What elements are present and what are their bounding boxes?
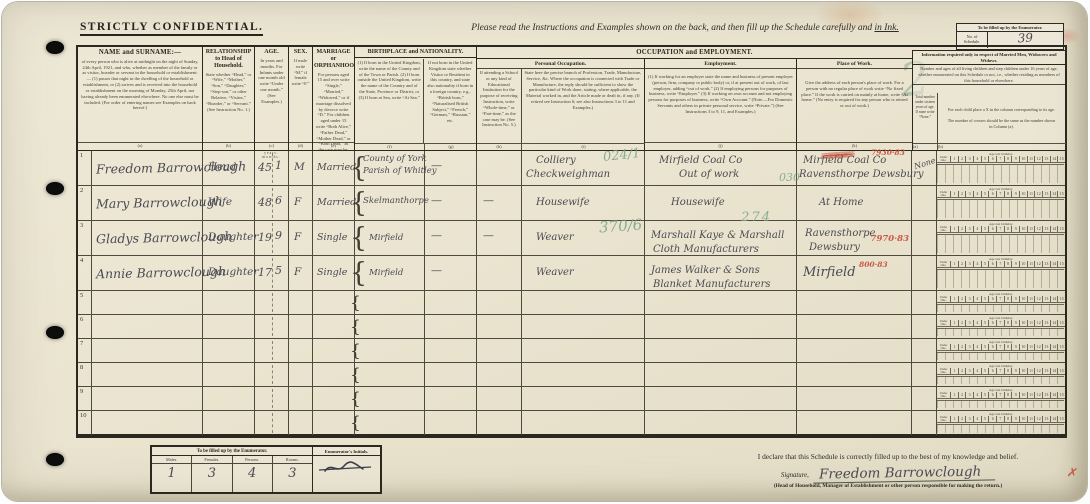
row-number: 3	[78, 221, 92, 255]
employment-title: Employment.	[645, 59, 796, 69]
marriage-entry: Single	[317, 267, 347, 278]
clerk-code-red: 800·83	[859, 260, 888, 269]
persons-value: 4	[233, 464, 272, 492]
age-col-title: AGE.	[255, 47, 288, 57]
sex-col-note: If male write “M.” if female write “F.”	[289, 57, 312, 88]
name-entry: Freedom Barrowclough	[96, 158, 247, 176]
fill-in-ink-instruction: Please read the Instructions and Example…	[470, 23, 900, 33]
sex-entry: F	[294, 196, 301, 208]
declaration: I declare that this Schedule is correctl…	[702, 452, 1074, 489]
place-of-work-entry: Ravensthorpe Dewsbury	[797, 168, 911, 182]
col-header-personal-occupation: Personal Occupation. If attending a Scho…	[477, 59, 645, 150]
row-number: 9	[78, 387, 92, 410]
children-title: Information required only in respect of …	[913, 51, 1065, 65]
age-years-entry: 19	[258, 231, 272, 244]
nationality-entry: —	[431, 264, 442, 277]
marriage-entry: Single	[317, 232, 347, 243]
col-letter: (a)	[913, 143, 938, 150]
place-of-work-entry: At Home	[797, 186, 911, 210]
children-total-note: Total number under sixteen years of age.…	[913, 93, 938, 143]
in-ink-text: in Ink.	[874, 23, 898, 33]
clerk-code-red: 7970·83	[871, 234, 909, 244]
census-table: NAME and SURNAME:— of every person who i…	[76, 45, 1067, 438]
col-header-employment: Employment. (1) If working for an employ…	[645, 59, 797, 150]
col-letter: (g)	[425, 143, 477, 150]
punch-hole	[46, 182, 64, 195]
census-row-5: 5 Age last birthday.Under One.1234567891…	[78, 291, 1065, 315]
row-number: 10	[78, 411, 92, 435]
age-years-entry: 45	[258, 161, 272, 174]
name-entry: Annie Barrowclough	[96, 264, 226, 282]
col-header-marriage: MARRIAGE or ORPHANHOOD. For persons aged…	[313, 47, 355, 150]
sex-entry: F	[294, 231, 301, 243]
clerk-code-green: 030	[779, 171, 800, 184]
punch-hole	[46, 41, 64, 54]
col-letter: (c)	[255, 142, 288, 150]
census-row-10: 10 Age last birthday.Under One.123456789…	[78, 411, 1065, 435]
children-ages-grid: Age last birthday.Under One.123456789101…	[937, 411, 1065, 435]
confidential-heading: STRICTLY CONFIDENTIAL.	[80, 21, 263, 36]
age-months-entry: 5	[275, 264, 282, 277]
marriage-col-title: MARRIAGE or ORPHANHOOD.	[313, 47, 354, 71]
col-letter: (d)	[289, 142, 312, 150]
clerk-code-red: 7930·83	[871, 148, 905, 157]
table-header: NAME and SURNAME:— of every person who i…	[78, 47, 1065, 151]
age-months-entry: 6	[275, 194, 282, 207]
paper-sheet: 2 STRICTLY CONFIDENTIAL. Please read the…	[2, 2, 1087, 501]
row-number: 2	[78, 186, 92, 220]
employment-note: (1) If working for an employer state the…	[645, 73, 796, 142]
place-of-work-entry: Mirfield	[797, 256, 911, 282]
col-letter: (a)	[78, 142, 202, 150]
census-row-7: 7 Age last birthday.Under One.1234567891…	[78, 339, 1065, 363]
children-grid-note-2: The number of crosses should be the same…	[944, 117, 1059, 130]
birthplace-entry: Mirfield	[355, 256, 424, 280]
birthplace-entry: Mirfield	[355, 221, 424, 245]
employment-entry: Housewife	[645, 186, 796, 210]
occupation-entry: Checkweighman	[522, 168, 644, 182]
col-header-name: NAME and SURNAME:— of every person who i…	[78, 47, 203, 150]
enumerator-box-title: To be filled up by the Enumerator.	[152, 447, 312, 456]
enumerator-initials-scribble	[313, 456, 380, 492]
col-header-children: Information required only in respect of …	[912, 50, 1065, 150]
row-number: 4	[78, 256, 92, 290]
employment-entry: Marshall Kaye & Marshall	[645, 221, 796, 243]
birthplace-col-title: BIRTHPLACE and NATIONALITY.	[355, 47, 476, 58]
sex-entry: M	[294, 161, 305, 173]
employment-entry: Blanket Manufacturers	[645, 278, 796, 292]
children-ages-grid: Age last birthday.Under One.123456789101…	[937, 363, 1065, 386]
clerk-code-green: 274	[741, 210, 772, 225]
census-row-1: 1 Freedom Barrowclough Head years. month…	[78, 151, 1065, 186]
clerk-code-green: 370/6	[598, 216, 642, 237]
col-header-relationship: RELATIONSHIP to Head of Household. State…	[203, 47, 255, 150]
occupation-entry: Housewife	[522, 186, 644, 210]
birthplace-entry: Skelmanthorpe	[355, 186, 424, 208]
birthplace-entry: County of York	[355, 151, 424, 166]
children-ages-grid: Age last birthday.Under One.123456789101…	[937, 387, 1065, 410]
col-header-age: AGE. In years and months. For Infants un…	[255, 47, 289, 150]
employment-entry: Out of work	[645, 168, 796, 182]
school-entry: —	[483, 194, 494, 207]
census-row-3: 3 Gladys Barrowclough Daughter 199 F Sin…	[78, 221, 1065, 256]
col-letter: (b)	[203, 142, 254, 150]
row-number: 5	[78, 291, 92, 314]
age-years-entry: 48	[258, 196, 272, 209]
census-row-6: 6 Age last birthday.Under One.1234567891…	[78, 315, 1065, 339]
school-entry: —	[483, 229, 494, 242]
punch-hole	[46, 453, 64, 466]
col-header-place-of-work: Place of Work. Give the address of each …	[797, 59, 912, 150]
employment-entry: James Walker & Sons	[645, 256, 796, 278]
name-entry: Mary Barrowclough	[96, 194, 223, 212]
col-header-occupation-employment: OCCUPATION and EMPLOYMENT. Personal Occu…	[477, 47, 912, 150]
rooms-value: 3	[273, 464, 312, 492]
relationship-col-note: State whether “Head,” or “Wife,” “Mother…	[203, 71, 254, 114]
census-row-9: 9 Age last birthday.Under One.1234567891…	[78, 387, 1065, 411]
persons-header: Persons.	[233, 456, 272, 464]
children-ages-grid: Age last birthday.Under One.123456789101…	[937, 315, 1065, 338]
declaration-subtext: (Head of Household, Manager of Establish…	[702, 483, 1074, 489]
nationality-entry: —	[431, 229, 442, 242]
place-of-work-title: Place of Work.	[797, 59, 912, 69]
row-number: 1	[78, 151, 92, 185]
rooms-header: Rooms.	[273, 456, 312, 464]
children-ages-grid: Age last birthday.Under One.123456789101…	[937, 339, 1065, 362]
census-row-4: 4 Annie Barrowclough Daughter 175 F Sing…	[78, 256, 1065, 291]
relationship-col-title: RELATIONSHIP to Head of Household.	[203, 47, 254, 71]
census-row-8: 8 Age last birthday.Under One.1234567891…	[78, 363, 1065, 387]
col-letter: (h)	[477, 143, 522, 150]
children-ages-grid: Age last birthday.Under One.123456789101…	[937, 186, 1065, 220]
males-value: 1	[152, 464, 191, 492]
males-header: Males.	[152, 456, 191, 464]
col-header-birthplace: BIRTHPLACE and NATIONALITY. (1) If born …	[355, 47, 477, 150]
age-years-entry: 17	[258, 266, 272, 279]
sex-entry: F	[294, 266, 301, 278]
females-value: 3	[192, 464, 231, 492]
age-col-note: In years and months. For Infants under o…	[255, 57, 288, 106]
marriage-col-note: For persons aged 15 and over write “Sing…	[313, 71, 354, 150]
signature-value: Freedom Barrowclough	[813, 463, 996, 483]
females-header: Females.	[192, 456, 231, 464]
row-number: 8	[78, 363, 92, 386]
employment-entry: Cloth Manufacturers	[645, 243, 796, 257]
birthplace-entry: Parish of Whitley	[355, 166, 424, 178]
punch-hole	[46, 326, 64, 339]
census-row-2: 2 Mary Barrowclough Wife 486 F Married S…	[78, 186, 1065, 221]
occupation-employment-title: OCCUPATION and EMPLOYMENT.	[477, 47, 912, 59]
age-subheader: years. months.	[255, 151, 288, 159]
age-months-entry: 9	[275, 229, 282, 242]
col-letter: (f)	[355, 143, 425, 150]
signature-label: Signature,	[781, 472, 809, 479]
place-of-work-note: Give the address of each person's place …	[797, 79, 912, 142]
red-check-mark: ✗	[1066, 464, 1080, 482]
age-months-entry: 1	[275, 159, 282, 172]
children-ages-grid: Age last birthday.Under One.123456789101…	[937, 221, 1065, 255]
col-letter: (b)	[938, 143, 1066, 150]
nationality-entry: —	[431, 159, 442, 172]
census-schedule-scan: 2 STRICTLY CONFIDENTIAL. Please read the…	[0, 0, 1090, 504]
children-ages-grid: Age last birthday.Under One.123456789101…	[937, 151, 1065, 185]
employment-entry: Mirfield Coal Co	[645, 151, 796, 168]
school-note: If attending a School or any kind of Edu…	[477, 69, 522, 143]
name-col-note: of every person who is alive at midnight…	[78, 58, 202, 112]
children-grid-note-1: For each child place a X in the column c…	[944, 106, 1059, 113]
children-total-entry: None	[913, 156, 936, 171]
name-entry: Gladys Barrowclough	[96, 229, 233, 247]
children-ages-grid: Age last birthday.Under One.123456789101…	[937, 256, 1065, 290]
birthplace-note-1: (1) If born in the United Kingdom, write…	[355, 59, 424, 143]
instruction-text: Please read the Instructions and Example…	[471, 23, 874, 33]
occupation-entry: Weaver	[522, 256, 644, 280]
name-col-title: NAME and SURNAME:—	[78, 47, 202, 58]
row-number: 6	[78, 315, 92, 338]
row-number: 7	[78, 339, 92, 362]
children-ages-grid: Age last birthday.Under One.123456789101…	[937, 291, 1065, 314]
occupation-note: State here the precise branch of Profess…	[522, 69, 644, 143]
declaration-text: I declare that this Schedule is correctl…	[702, 452, 1074, 461]
enumerator-totals-box: To be filled up by the Enumerator. Males…	[150, 445, 382, 494]
col-letter: (j)	[645, 142, 796, 150]
nationality-entry: —	[431, 194, 442, 207]
birthplace-note-2: If not born in the United Kingdom state …	[424, 59, 476, 143]
col-letter: (e)	[313, 142, 354, 150]
sex-col-title: SEX.	[289, 47, 312, 57]
col-header-sex: SEX. If male write “M.” if female write …	[289, 47, 313, 150]
personal-occupation-title: Personal Occupation.	[477, 59, 644, 69]
enumerator-initials-label: Enumerator's Initials.	[313, 447, 380, 456]
children-subtitle: Number and ages of all living children a…	[913, 65, 1065, 85]
